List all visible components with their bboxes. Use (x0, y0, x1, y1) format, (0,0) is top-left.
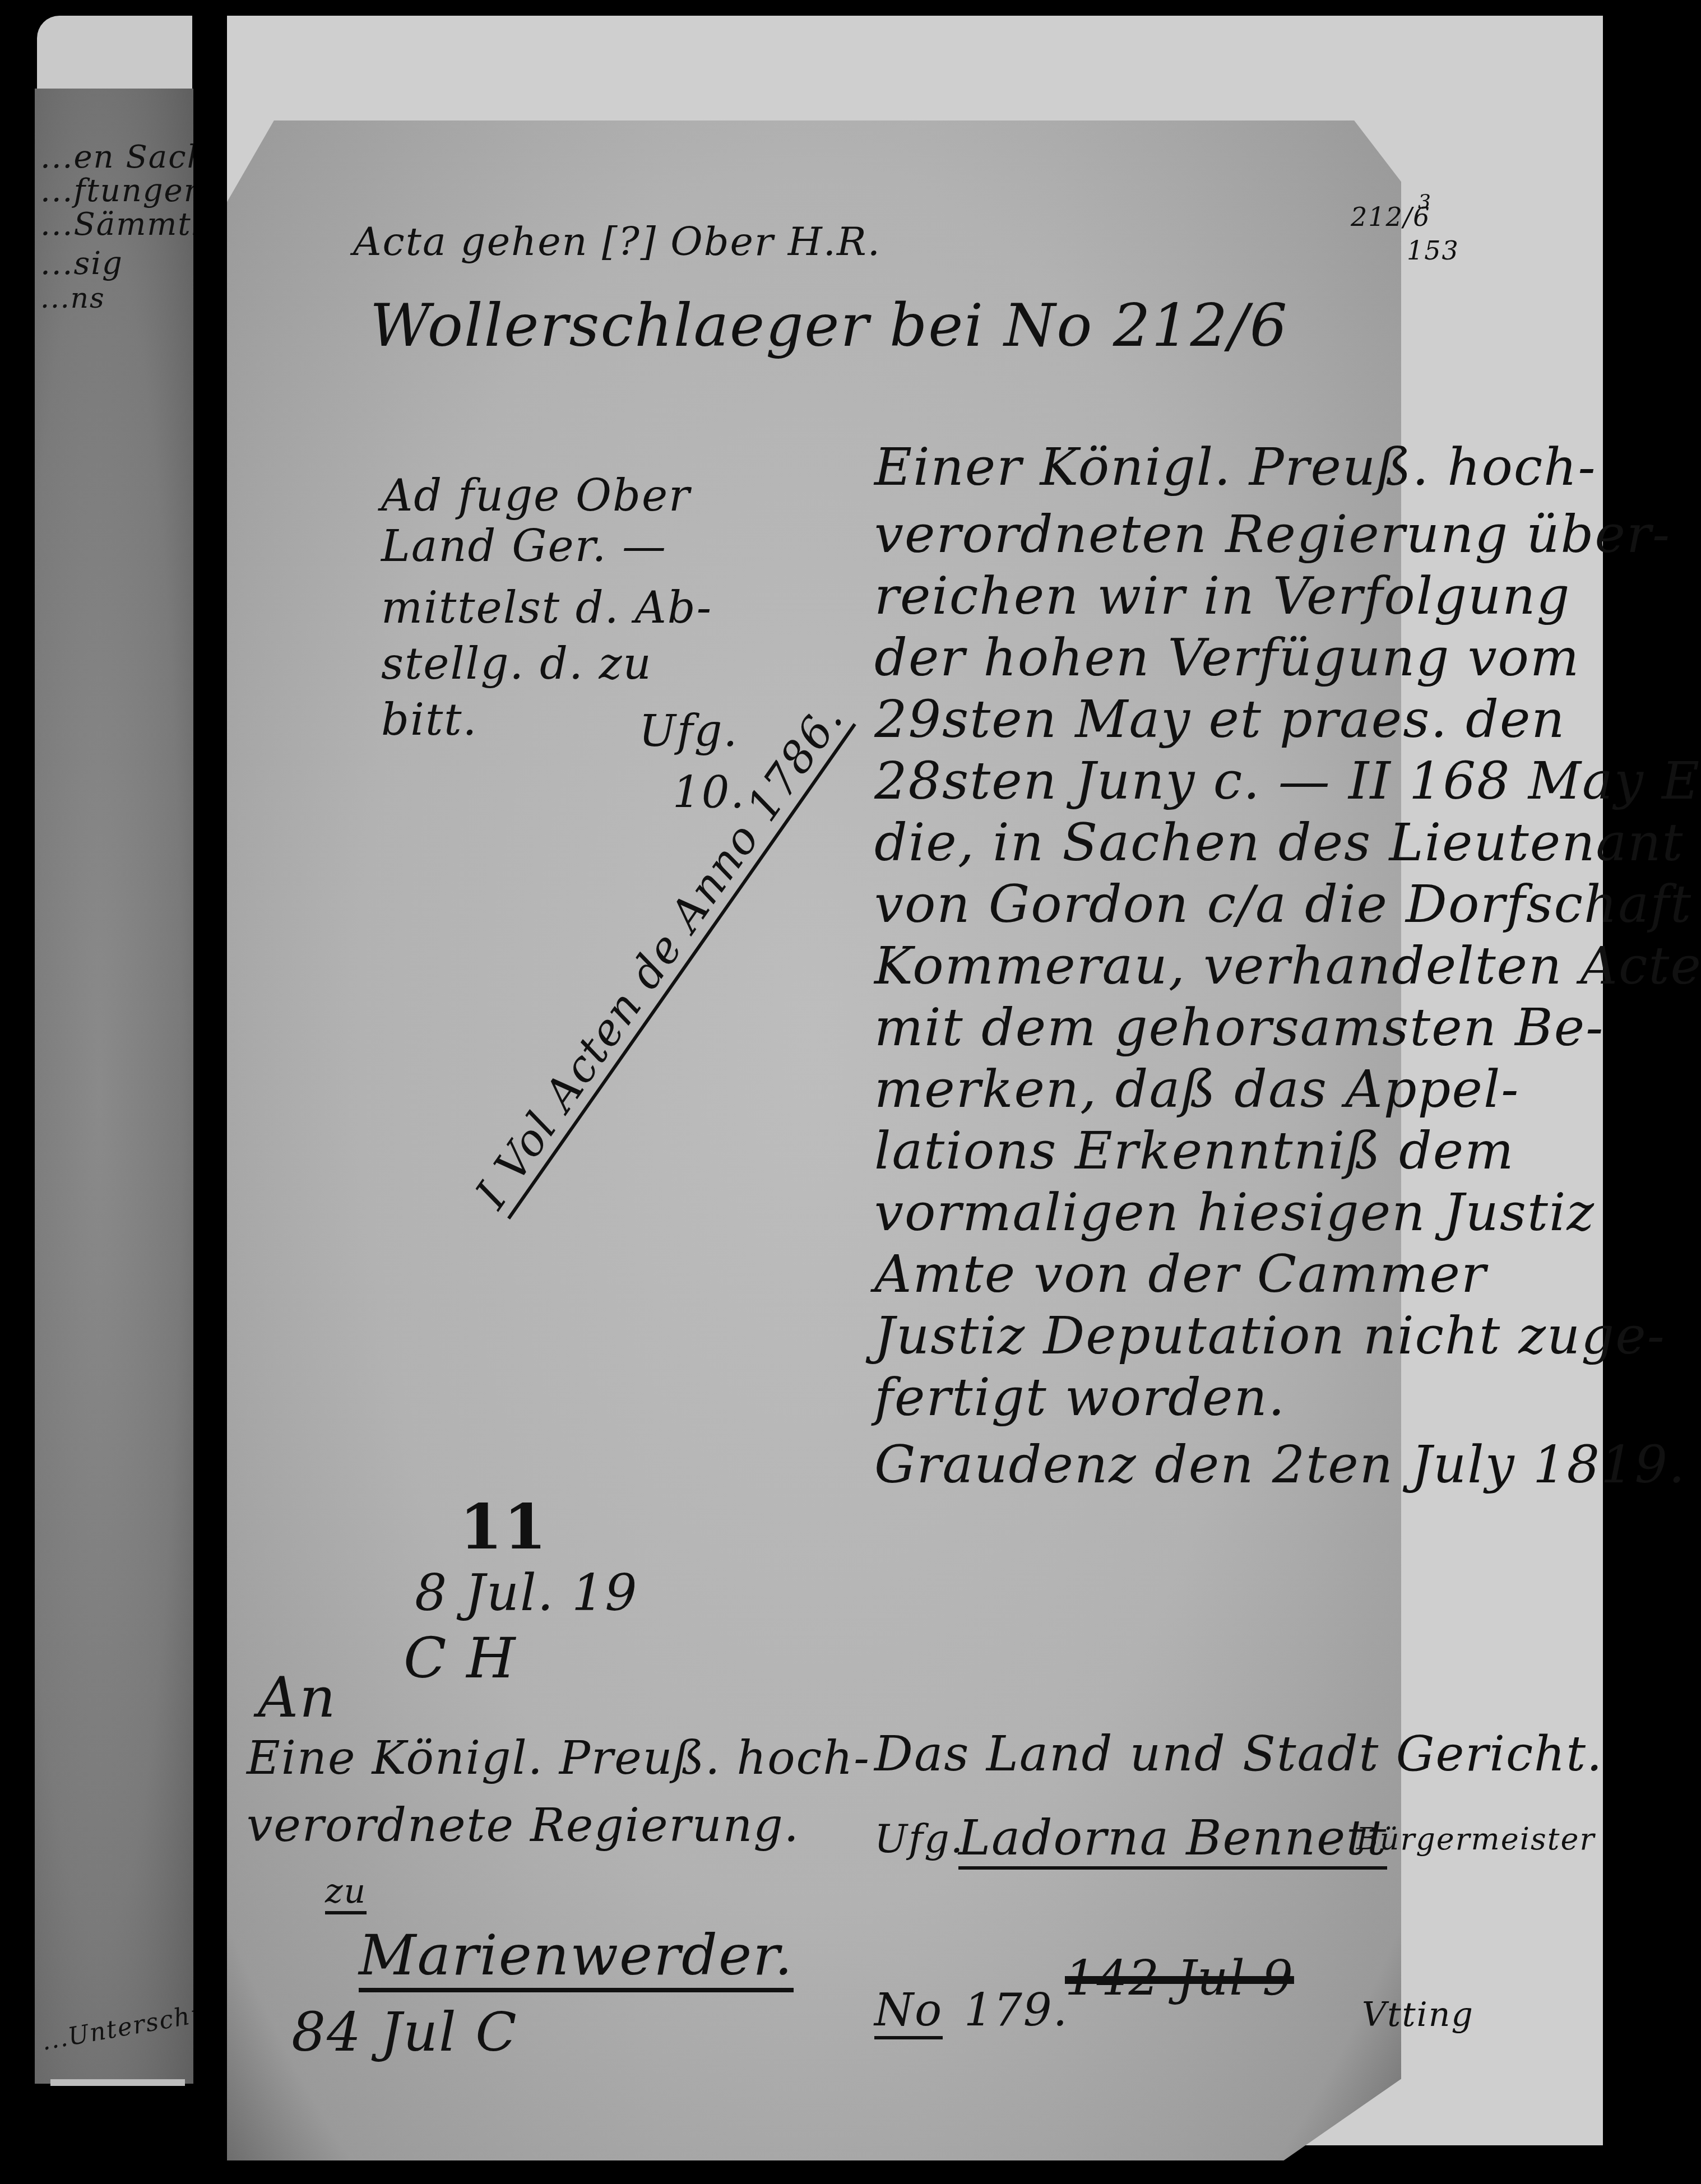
registry-number-label: No (874, 1984, 943, 2039)
previous-page-top-edge (37, 16, 192, 89)
body-line: mit dem gehorsamsten Be- (874, 998, 1604, 1058)
address-prefix: An (258, 1664, 337, 1730)
signature-title: Bürgermeister (1356, 1821, 1595, 1857)
page-number: 153 (1407, 235, 1459, 266)
margin-note-line: Ad fuge Ober (381, 471, 690, 521)
margin-note-line: bitt. (381, 695, 478, 745)
body-line: die, in Sachen des Lieutenant (874, 813, 1684, 873)
margin-note-line: Ufg. (639, 706, 738, 757)
body-line: 28sten Juny c. — II 168 May E. (874, 751, 1701, 811)
previous-page-strip: ...en Sachen ...ftungen ...Sämmtlichen .… (35, 89, 196, 2084)
body-line: reichen wir in Verfolgung (874, 566, 1570, 626)
body-line: vormaligen hiesigen Justiz (874, 1183, 1595, 1242)
registry-initial: Vtting (1362, 1995, 1474, 2034)
previous-page-bottom-edge (50, 2079, 185, 2086)
address-line: verordnete Regierung. (247, 1799, 800, 1852)
strip-fragment: ...sig (40, 245, 123, 282)
strip-fragment: ...ftungen (40, 173, 205, 209)
registry-number: 179. (964, 1984, 1068, 2036)
address-to: zu (325, 1872, 367, 1914)
strip-fragment: ...ns (40, 282, 105, 314)
body-line: fertigt worden. (874, 1367, 1286, 1427)
place-date: Graudenz den 2ten July 1819. (874, 1435, 1686, 1495)
body-line: lations Erkenntniß dem (874, 1121, 1515, 1181)
date-stamp: 8 Jul. 19 (415, 1564, 638, 1622)
body-line: Kommerau, verhandelten Acten (874, 936, 1701, 996)
marker-number: 11 (460, 1491, 548, 1563)
signature-prefix: Ufg. (874, 1816, 964, 1862)
folio-sub: 3 (1418, 191, 1432, 214)
header-line-2: Wollerschlaeger bei No 212/6 (370, 291, 1288, 360)
struck-registry-entry: 142 Jul 9 (1065, 1950, 1294, 2006)
signature-name: Ladorna Bennett (958, 1810, 1387, 1870)
margin-note-line: Land Ger. — (381, 521, 667, 572)
signatory-line: Das Land und Stadt Gericht. (874, 1726, 1603, 1782)
body-line: 29sten May et praes. den (874, 689, 1566, 749)
body-line: merken, daß das Appel- (874, 1059, 1519, 1119)
body-line: Amte von der Cammer (874, 1244, 1487, 1304)
margin-note-line: mittelst d. Ab- (381, 583, 712, 633)
address-line: Eine Königl. Preuß. hoch- (247, 1732, 870, 1785)
body-line: Einer Königl. Preuß. hoch- (874, 437, 1597, 497)
body-line: verordneten Regierung über- (874, 504, 1671, 564)
header-line-1: Acta gehen [?] Ober H.R. (353, 219, 881, 265)
initials: C H (404, 1625, 517, 1691)
body-line: Justiz Deputation nicht zuge- (874, 1306, 1666, 1366)
binding-gutter (193, 0, 227, 2184)
address-city: Marienwerder. (359, 1922, 794, 1992)
footer-note: 84 Jul C (291, 2001, 518, 2064)
body-line: der hohen Verfügung vom (874, 628, 1580, 688)
margin-note-line: stellg. d. zu (381, 639, 652, 689)
body-line: von Gordon c/a die Dorfschaft (874, 874, 1692, 934)
